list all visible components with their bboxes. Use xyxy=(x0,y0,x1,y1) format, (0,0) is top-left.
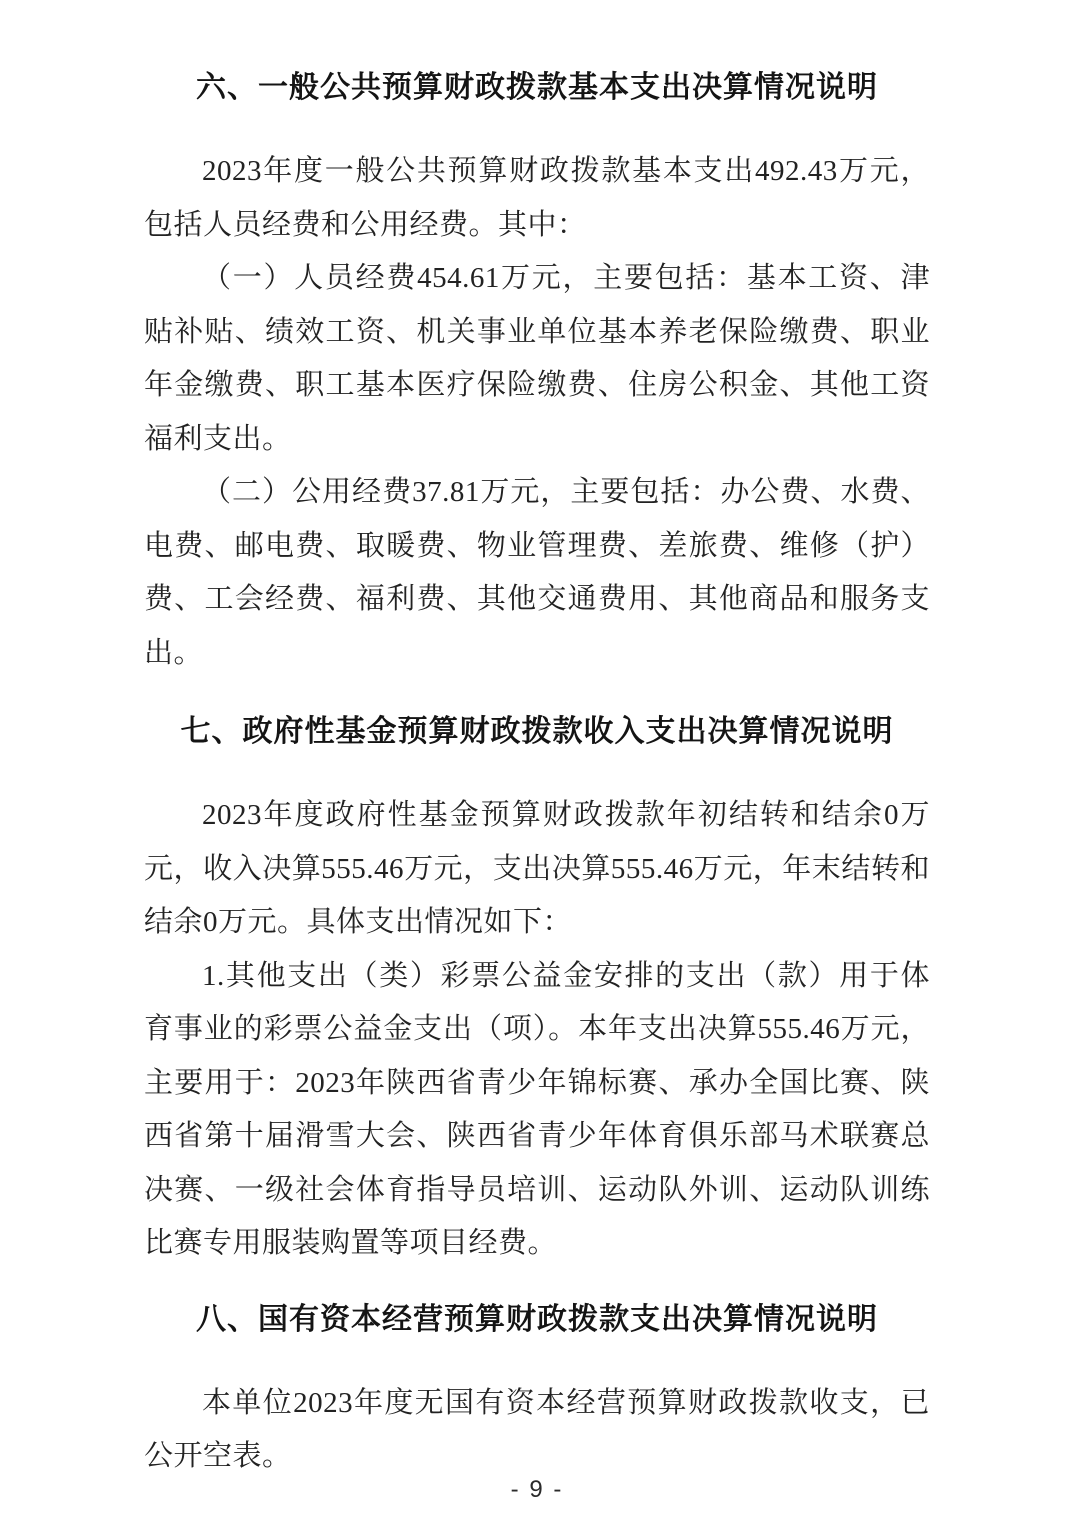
section-7-body: 2023年度政府性基金预算财政拨款年初结转和结余0万元，收入决算555.46万元… xyxy=(144,789,930,1271)
paragraph: 2023年度一般公共预算财政拨款基本支出492.43万元，包括人员经费和公用经费… xyxy=(144,145,930,252)
page-number: - 9 - xyxy=(0,1476,1074,1504)
paragraph: 1.其他支出（类）彩票公益金安排的支出（款）用于体育事业的彩票公益金支出（项）。… xyxy=(144,950,930,1271)
section-heading-6: 六、一般公共预算财政拨款基本支出决算情况说明 xyxy=(144,66,930,110)
document-page: 六、一般公共预算财政拨款基本支出决算情况说明 2023年度一般公共预算财政拨款基… xyxy=(0,0,1074,1520)
paragraph: （一）人员经费454.61万元，主要包括：基本工资、津贴补贴、绩效工资、机关事业… xyxy=(144,252,930,466)
section-6-body: 2023年度一般公共预算财政拨款基本支出492.43万元，包括人员经费和公用经费… xyxy=(144,145,930,680)
paragraph: 2023年度政府性基金预算财政拨款年初结转和结余0万元，收入决算555.46万元… xyxy=(144,789,930,950)
section-heading-7: 七、政府性基金预算财政拨款收入支出决算情况说明 xyxy=(144,710,930,754)
section-heading-8: 八、国有资本经营预算财政拨款支出决算情况说明 xyxy=(144,1298,930,1342)
paragraph: 本单位2023年度无国有资本经营预算财政拨款收支，已公开空表。 xyxy=(144,1377,930,1484)
paragraph: （二）公用经费37.81万元，主要包括：办公费、水费、电费、邮电费、取暖费、物业… xyxy=(144,466,930,680)
section-8-body: 本单位2023年度无国有资本经营预算财政拨款收支，已公开空表。 xyxy=(144,1377,930,1484)
